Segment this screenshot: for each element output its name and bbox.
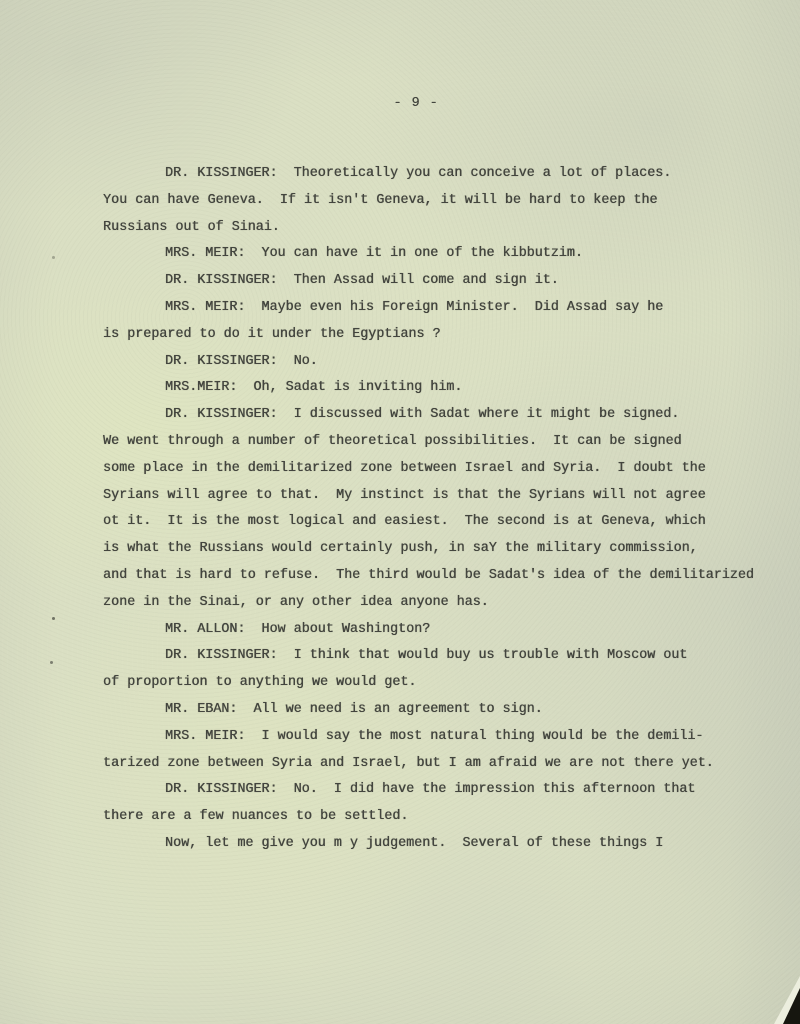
text-line: MRS.MEIR: Oh, Sadat is inviting him.	[103, 375, 773, 402]
text-line: is what the Russians would certainly pus…	[103, 536, 773, 563]
text-line: is prepared to do it under the Egyptians…	[103, 322, 773, 349]
text-line: ot it. It is the most logical and easies…	[103, 509, 773, 536]
paragraph: DR. KISSINGER: Theoretically you can con…	[103, 161, 773, 241]
paragraph: MR. ALLON: How about Washington?	[103, 617, 773, 644]
text-line: DR. KISSINGER: Theoretically you can con…	[103, 161, 773, 188]
text-line: Russians out of Sinai.	[103, 215, 773, 242]
text-line: and that is hard to refuse. The third wo…	[103, 563, 773, 590]
text-line: MRS. MEIR: Maybe even his Foreign Minist…	[103, 295, 773, 322]
paragraph: DR. KISSINGER: No.	[103, 349, 773, 376]
text-line: zone in the Sinai, or any other idea any…	[103, 590, 773, 617]
text-line: DR. KISSINGER: I discussed with Sadat wh…	[103, 402, 773, 429]
paragraph: MRS. MEIR: You can have it in one of the…	[103, 241, 773, 268]
text-line: of proportion to anything we would get.	[103, 670, 773, 697]
document-page: - 9 - DR. KISSINGER: Theoretically you c…	[0, 0, 800, 1024]
text-line: there are a few nuances to be settled.	[103, 804, 773, 831]
text-line: We went through a number of theoretical …	[103, 429, 773, 456]
text-line: DR. KISSINGER: Then Assad will come and …	[103, 268, 773, 295]
text-line: some place in the demilitarized zone bet…	[103, 456, 773, 483]
text-line: DR. KISSINGER: No.	[103, 349, 773, 376]
ink-speck	[52, 256, 55, 259]
paragraph: Now, let me give you m y judgement. Seve…	[103, 831, 773, 858]
text-line: DR. KISSINGER: I think that would buy us…	[103, 643, 773, 670]
paragraph: MRS. MEIR: Maybe even his Foreign Minist…	[103, 295, 773, 349]
text-line: MR. ALLON: How about Washington?	[103, 617, 773, 644]
paragraph: MRS. MEIR: I would say the most natural …	[103, 724, 773, 778]
ink-speck	[52, 617, 55, 620]
text-line: Now, let me give you m y judgement. Seve…	[103, 831, 773, 858]
page-number: - 9 -	[16, 94, 800, 114]
paragraph: MRS.MEIR: Oh, Sadat is inviting him.	[103, 375, 773, 402]
transcript-body: DR. KISSINGER: Theoretically you can con…	[103, 161, 773, 858]
paragraph: DR. KISSINGER: Then Assad will come and …	[103, 268, 773, 295]
paragraph: MR. EBAN: All we need is an agreement to…	[103, 697, 773, 724]
text-line: Syrians will agree to that. My instinct …	[103, 483, 773, 510]
text-line: tarized zone between Syria and Israel, b…	[103, 751, 773, 778]
text-line: MRS. MEIR: You can have it in one of the…	[103, 241, 773, 268]
paragraph: DR. KISSINGER: No. I did have the impres…	[103, 777, 773, 831]
paragraph: DR. KISSINGER: I discussed with Sadat wh…	[103, 402, 773, 616]
ink-speck	[50, 661, 53, 664]
text-line: You can have Geneva. If it isn't Geneva,…	[103, 188, 773, 215]
paragraph: DR. KISSINGER: I think that would buy us…	[103, 643, 773, 697]
text-line: DR. KISSINGER: No. I did have the impres…	[103, 777, 773, 804]
text-line: MR. EBAN: All we need is an agreement to…	[103, 697, 773, 724]
text-line: MRS. MEIR: I would say the most natural …	[103, 724, 773, 751]
